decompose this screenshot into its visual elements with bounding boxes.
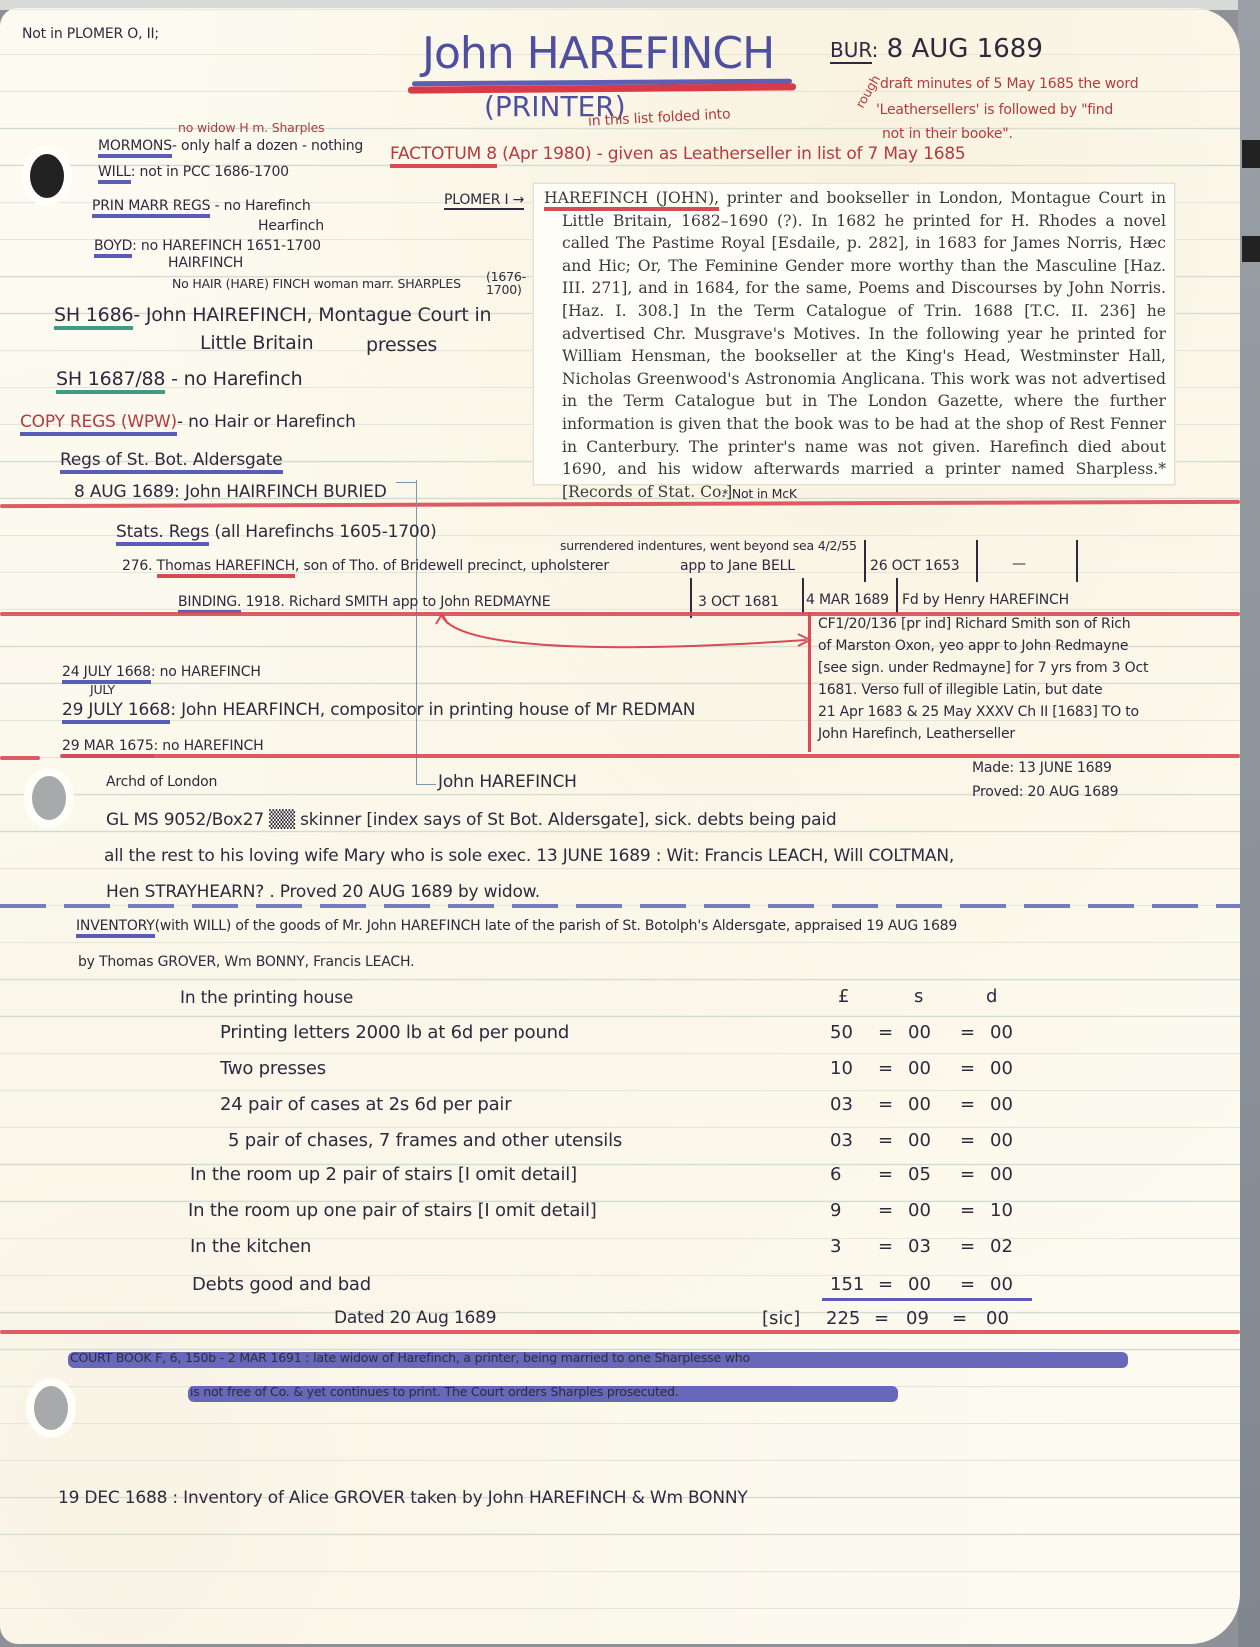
connector-line: [396, 482, 416, 483]
row-date-bound: 26 OCT 1653: [870, 558, 960, 574]
factotum-text: (Apr 1980) - given as Leatherseller in l…: [502, 144, 965, 164]
inventory-item-desc: 5 pair of chases, 7 frames and other ute…: [228, 1130, 622, 1151]
inventory-amount-l: 10: [830, 1058, 853, 1079]
column-header-shillings: s: [914, 986, 923, 1007]
inventory-item-desc: In the room up 2 pair of stairs [I omit …: [190, 1164, 577, 1185]
burial-date-value: 8 AUG 1689: [887, 34, 1043, 64]
total-pounds: 225: [826, 1308, 860, 1329]
inventory-amount-l: 9: [830, 1200, 841, 1221]
inventory-amount-d: 00: [990, 1022, 1013, 1043]
equals-sign: =: [874, 1308, 889, 1329]
sh1686-line: SH 1686- John HAIREFINCH, Montague Court…: [54, 304, 491, 326]
equals-sign: =: [960, 1274, 975, 1295]
sh1686-presses: presses: [366, 334, 437, 356]
inventory-appraisers: by Thomas GROVER, Wm BONNY, Francis LEAC…: [78, 954, 414, 970]
inventory-dated: Dated 20 Aug 1689: [334, 1308, 496, 1328]
index-card: Not in PLOMER O, II; John HAREFINCH (PRI…: [0, 8, 1240, 1644]
burial-date: BUR: 8 AUG 1689: [830, 34, 1043, 64]
row-date-bound: 3 OCT 1681: [698, 594, 779, 610]
will-testator: John HAREFINCH: [438, 772, 577, 792]
inventory-item-desc: In the kitchen: [190, 1236, 311, 1257]
equals-sign: =: [878, 1058, 893, 1079]
will-proved-date: Proved: 20 AUG 1689: [972, 784, 1118, 800]
inventory-item-desc: 24 pair of cases at 2s 6d per pair: [220, 1094, 511, 1115]
column-header-pence: d: [986, 986, 997, 1007]
inventory-amount-s: 00: [908, 1094, 931, 1115]
inventory-amount-l: 6: [830, 1164, 841, 1185]
draft-note-3: not in their booke".: [882, 126, 1013, 142]
regs-st-bot-label: Regs of St. Bot. Aldersgate: [60, 450, 283, 470]
inventory-amount-s: 00: [908, 1200, 931, 1221]
prin-marr-regs-alt: Hearfinch: [258, 218, 324, 234]
boyd-line: BOYD: no HAREFINCH 1651-1700: [94, 238, 321, 254]
equals-sign: =: [960, 1236, 975, 1257]
row-master: app to Jane BELL: [680, 558, 795, 574]
will-line: GL MS 9052/Box27 ▒▒ skinner [index says …: [106, 810, 836, 830]
equals-sign: =: [952, 1308, 967, 1329]
will-made-date: Made: 13 JUNE 1689: [972, 760, 1112, 776]
page-title: John HAREFINCH: [422, 28, 774, 79]
cfi-note-line: CF1/20/136 [pr ind] Richard Smith son of…: [818, 616, 1130, 632]
table-divider: [1076, 540, 1078, 582]
burial-label: BUR: [830, 38, 872, 64]
date-correction: JULY: [90, 682, 115, 697]
equals-sign: =: [878, 1094, 893, 1115]
sic-mark: [sic]: [762, 1308, 800, 1329]
footer-note: 19 DEC 1688 : Inventory of Alice GROVER …: [58, 1488, 748, 1508]
inventory-amount-d: 00: [990, 1094, 1013, 1115]
equals-sign: =: [878, 1236, 893, 1257]
cfi-note-line: John Harefinch, Leatherseller: [818, 726, 1015, 742]
cfi-note-line: of Marston Oxon, yeo appr to John Redmay…: [818, 638, 1128, 654]
court-date-entry: 29 MAR 1675: no HAREFINCH: [62, 738, 263, 754]
draft-note-2: 'Leathersellers' is followed by "find: [876, 102, 1113, 118]
inventory-amount-d: 00: [990, 1130, 1013, 1151]
inventory-amount-s: 03: [908, 1236, 931, 1257]
court-book-line: COURT BOOK F, 6, 150b - 2 MAR 1691 : lat…: [70, 1350, 750, 1365]
prin-marr-regs-line: PRIN MARR REGS - no Harefinch: [92, 198, 311, 214]
connector-line: [416, 784, 436, 785]
punch-hole: [34, 1386, 68, 1430]
clipping-body: printer and bookseller in London, Montag…: [562, 189, 1166, 501]
equals-sign: =: [960, 1130, 975, 1151]
clipping-headword: HAREFINCH (JOHN),: [544, 189, 719, 211]
table-row: BINDING. 1918. Richard SMITH app to John…: [178, 594, 550, 610]
factotum-line: FACTOTUM 8 (Apr 1980) - given as Leather…: [390, 144, 966, 164]
inventory-amount-l: 3: [830, 1236, 841, 1257]
row-freed-by: Fd by Henry HAREFINCH: [902, 592, 1069, 608]
inventory-amount-s: 05: [908, 1164, 931, 1185]
table-divider: [864, 540, 866, 582]
draft-note-1: draft minutes of 5 May 1685 the word: [880, 76, 1138, 92]
mormons-line: MORMONS- only half a dozen - nothing: [98, 138, 363, 154]
equals-sign: =: [878, 1022, 893, 1043]
table-row: 276. Thomas HAREFINCH, son of Tho. of Br…: [122, 558, 609, 574]
will-line: Hen STRAYHEARN? . Proved 20 AUG 1689 by …: [106, 882, 540, 902]
punch-hole: [30, 154, 64, 198]
archdeaconry-label: Archd of London: [106, 774, 217, 790]
mormons-note: no widow H m. Sharples: [178, 120, 324, 135]
inventory-line: INVENTORY(with WILL) of the goods of Mr.…: [76, 918, 957, 934]
scanner-right-edge: [1238, 0, 1260, 1647]
equals-sign: =: [960, 1200, 975, 1221]
section-divider: [0, 1330, 1240, 1334]
cfi-note-line: [see sign. under Redmayne] for 7 yrs fro…: [818, 660, 1148, 676]
inventory-item-desc: Debts good and bad: [192, 1274, 371, 1295]
note-not-in-plomer: Not in PLOMER O, II;: [22, 26, 159, 42]
row-date-freed: 4 MAR 1689: [806, 592, 889, 608]
sh1686-location: Little Britain: [200, 332, 314, 354]
section-divider: [0, 756, 40, 760]
cfi-note-line: 1681. Verso full of illegible Latin, but…: [818, 682, 1102, 698]
sum-rule: [822, 1298, 1032, 1301]
equals-sign: =: [960, 1094, 975, 1115]
inventory-section-label: In the printing house: [180, 988, 353, 1008]
equals-sign: =: [960, 1022, 975, 1043]
equals-sign: =: [878, 1274, 893, 1295]
inventory-amount-s: 00: [908, 1022, 931, 1043]
court-date-entry: 24 JULY 1668: no HAREFINCH: [62, 664, 261, 680]
table-divider: [976, 540, 978, 582]
will-line: all the rest to his loving wife Mary who…: [104, 846, 954, 866]
stats-regs-line: Stats. Regs (all Harefinchs 1605-1700): [116, 522, 437, 542]
boyd-alt: HAIRFINCH: [168, 255, 243, 271]
total-pence: 00: [986, 1308, 1009, 1329]
inventory-amount-d: 02: [990, 1236, 1013, 1257]
court-date-entry: 29 JULY 1668: John HEARFINCH, compositor…: [62, 700, 695, 720]
dashed-divider: [0, 902, 1240, 910]
court-book-line: is not free of Co. & yet continues to pr…: [190, 1384, 679, 1399]
row-date-freed: —: [1012, 556, 1026, 572]
boyd-range: (1676-1700): [486, 270, 522, 296]
inventory-amount-d: 10: [990, 1200, 1013, 1221]
arrow-icon: [430, 612, 820, 662]
inventory-amount-s: 00: [908, 1130, 931, 1151]
inventory-amount-l: 50: [830, 1022, 853, 1043]
equals-sign: =: [960, 1164, 975, 1185]
inventory-amount-d: 00: [990, 1274, 1013, 1295]
section-divider: [60, 754, 1240, 758]
indenture-note: surrendered indentures, went beyond sea …: [560, 538, 857, 553]
plomer-reference: PLOMER I →: [444, 192, 524, 208]
plomer-dictionary-clipping: HAREFINCH (JOHN), printer and bookseller…: [533, 183, 1175, 485]
inventory-amount-s: 00: [908, 1274, 931, 1295]
sh1687-line: SH 1687/88 - no Harefinch: [56, 368, 303, 390]
buried-entry: 8 AUG 1689: John HAIRFINCH BURIED: [74, 482, 387, 502]
table-divider: [896, 578, 898, 614]
cfi-note-line: 21 Apr 1683 & 25 May XXXV Ch II [1683] T…: [818, 704, 1139, 720]
equals-sign: =: [878, 1164, 893, 1185]
inventory-item-desc: Two presses: [220, 1058, 326, 1079]
column-header-pounds: £: [838, 986, 849, 1007]
inventory-amount-l: 03: [830, 1130, 853, 1151]
inventory-amount-d: 00: [990, 1164, 1013, 1185]
equals-sign: =: [878, 1200, 893, 1221]
copy-regs-line: COPY REGS (WPW)- no Hair or Harefinch: [20, 412, 356, 432]
inventory-amount-l: 03: [830, 1094, 853, 1115]
total-shillings: 09: [906, 1308, 929, 1329]
inventory-amount-s: 00: [908, 1058, 931, 1079]
equals-sign: =: [878, 1130, 893, 1151]
inventory-item-desc: Printing letters 2000 lb at 6d per pound: [220, 1022, 569, 1043]
punch-hole: [32, 776, 66, 820]
factotum-label: FACTOTUM 8: [390, 144, 497, 168]
inventory-item-desc: In the room up one pair of stairs [I omi…: [188, 1200, 597, 1221]
boyd-sharples: No HAIR (HARE) FINCH woman marr. SHARPLE…: [172, 276, 461, 291]
cfi-note-border: [808, 612, 811, 752]
inventory-amount-l: 151: [830, 1274, 864, 1295]
equals-sign: =: [960, 1058, 975, 1079]
clipping-footnote: * Not in McK: [722, 486, 797, 501]
inventory-amount-d: 00: [990, 1058, 1013, 1079]
will-line: WILL: not in PCC 1686-1700: [98, 164, 289, 180]
table-divider: [802, 578, 804, 614]
